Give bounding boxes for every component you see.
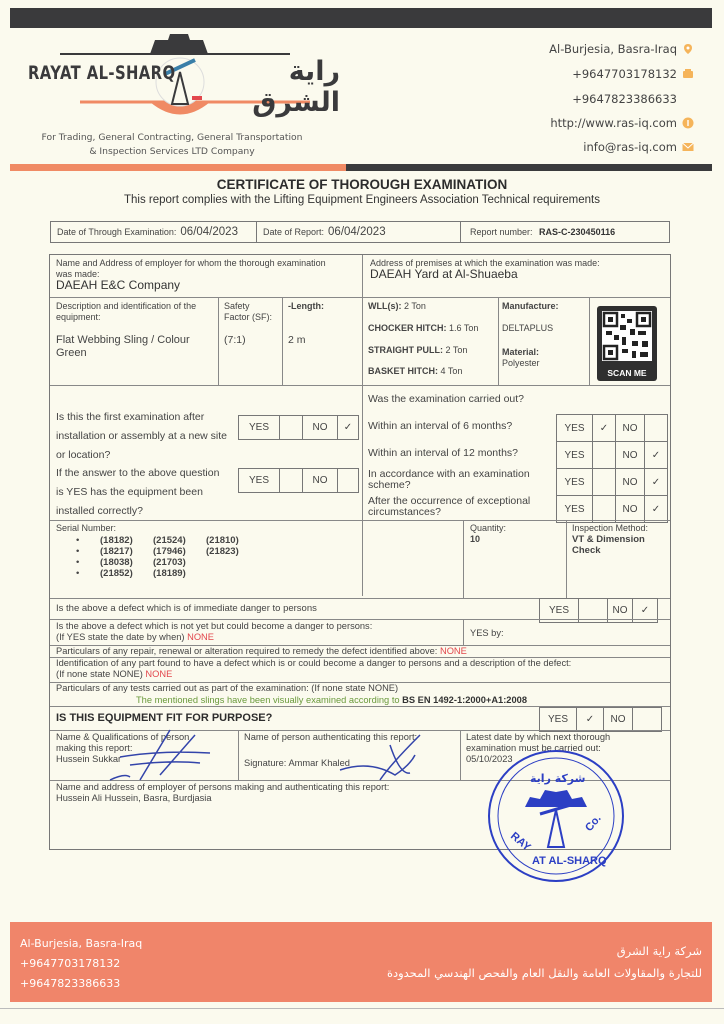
future-danger-question: Is the above a defect which is not yet b… xyxy=(56,621,372,643)
company-tagline: For Trading, General Contracting, Genera… xyxy=(22,131,322,159)
tests-value: The mentioned slings have been visually … xyxy=(136,695,527,706)
inspection-label: Inspection Method: xyxy=(572,523,648,534)
qr-code-icon xyxy=(602,311,652,361)
serial-number: (17946) xyxy=(153,546,206,557)
footer-contact: Al-Burjesia, Basra-Iraq +9647703178132 +… xyxy=(20,934,142,994)
yes-checkbox[interactable] xyxy=(280,469,303,493)
yes-checkbox[interactable] xyxy=(593,469,616,496)
serial-row: •(21852)(18189) xyxy=(76,568,259,579)
yes-checkbox[interactable] xyxy=(280,416,303,440)
inspection-value: VT & DimensionCheck xyxy=(572,534,645,556)
serial-row: •(18217)(17946)(21823) xyxy=(76,546,259,557)
length-value: 2 m xyxy=(288,335,306,346)
serial-number: (21524) xyxy=(153,535,206,546)
signature-authenticator-icon xyxy=(320,725,440,785)
contact-address: Al-Burjesia, Basra-Iraq xyxy=(549,42,694,56)
certificate-subtitle: This report complies with the Lifting Eq… xyxy=(0,194,724,206)
no-checkbox[interactable]: ✓ xyxy=(338,416,359,440)
no-checkbox[interactable]: ✓ xyxy=(645,442,668,469)
material-label: Material: xyxy=(502,347,539,358)
immediate-danger-question: Is the above a defect which is of immedi… xyxy=(56,603,317,614)
footer-banner: Al-Burjesia, Basra-Iraq +9647703178132 +… xyxy=(10,922,712,1002)
serial-number: (18217) xyxy=(100,546,153,557)
report-date-cell: Date of Report:06/04/2023 xyxy=(257,222,461,242)
carried-out-q3: In accordance with an examinationscheme? xyxy=(368,469,530,491)
quantity-label: Quantity: xyxy=(470,523,506,534)
yes-checkbox[interactable] xyxy=(593,496,616,523)
header-top-bar xyxy=(10,8,712,28)
serial-row: •(18038)(21703) xyxy=(76,557,259,568)
footer-address: Al-Burjesia, Basra-Iraq xyxy=(20,934,142,954)
contact-phone-1[interactable]: +9647703178132 xyxy=(572,67,694,81)
certificate-title: CERTIFICATE OF THOROUGH EXAMINATION xyxy=(0,177,724,192)
installed-correctly-question: If the answer to the above questionis YE… xyxy=(56,464,219,521)
tagline-line: For Trading, General Contracting, Genera… xyxy=(22,131,322,145)
globe-icon xyxy=(682,117,694,129)
no-label: NO xyxy=(303,416,338,440)
no-checkbox[interactable] xyxy=(645,415,668,442)
company-logo: RAYAT AL-SHARQ راية الشرق xyxy=(20,32,340,132)
no-checkbox[interactable] xyxy=(338,469,359,493)
carried-out-q4: After the occurrence of exceptionalcircu… xyxy=(368,496,530,518)
repair-particulars: Particulars of any repair, renewal or al… xyxy=(56,646,467,657)
yes-checkbox[interactable]: ✓ xyxy=(593,415,616,442)
straight-row: STRAIGHT PULL: 2 Ton xyxy=(368,345,467,356)
serial-number: (18182) xyxy=(100,535,153,546)
contact-website[interactable]: http://www.ras-iq.com xyxy=(550,116,694,130)
manufacture-label: Manufacture: xyxy=(502,301,559,312)
tagline-line: & Inspection Services LTD Company xyxy=(22,145,322,159)
svg-text:Co.: Co. xyxy=(583,813,604,834)
date-info-row: Date of Through Examination:06/04/2023 D… xyxy=(50,221,670,243)
bullet-icon: • xyxy=(76,568,100,579)
svg-text:RAY: RAY xyxy=(508,830,533,854)
report-date-value: 06/04/2023 xyxy=(328,226,386,238)
location-pin-icon xyxy=(682,43,694,55)
length-label: -Length: xyxy=(288,301,324,312)
premises-value: DAEAH Yard at Al-Shuaeba xyxy=(370,269,518,280)
exam-date-cell: Date of Through Examination:06/04/2023 xyxy=(51,222,257,242)
bullet-icon: • xyxy=(76,557,100,568)
carried-out-label: Was the examination carried out? xyxy=(368,394,524,405)
carried-out-q2: Within an interval of 12 months? xyxy=(368,448,518,459)
scan-me-label: SCAN ME xyxy=(597,368,657,378)
no-checkbox[interactable]: ✓ xyxy=(645,496,668,523)
next-exam-label: Latest date by which next thoroughexamin… xyxy=(466,732,610,754)
bullet-icon: • xyxy=(76,546,100,557)
no-label: NO xyxy=(303,469,338,493)
contact-email[interactable]: info@ras-iq.com xyxy=(583,140,694,154)
basket-row: BASKET HITCH: 4 Ton xyxy=(368,366,462,377)
divider-orange xyxy=(10,164,346,171)
serial-number: (18189) xyxy=(153,568,206,579)
bottom-rule xyxy=(0,1008,724,1009)
safety-factor-value: (7:1) xyxy=(224,335,246,346)
yes-by-label: YES by: xyxy=(470,628,504,639)
company-stamp: RAY AT AL-SHARQ Co. شركة راية xyxy=(488,750,624,882)
serial-number: (21823) xyxy=(206,546,259,557)
first-exam-question: Is this the first examination afterinsta… xyxy=(56,408,227,465)
choker-row: CHOCKER HITCH: 1.6 Ton xyxy=(368,323,478,334)
carried-out-q1: Within an interval of 6 months? xyxy=(368,421,512,432)
quantity-value: 10 xyxy=(470,534,480,545)
stamp-emblem-icon: RAY AT AL-SHARQ Co. شركة راية xyxy=(490,752,622,880)
serial-number: (21852) xyxy=(100,568,153,579)
material-value: Polyester xyxy=(502,358,540,369)
qr-code[interactable]: SCAN ME xyxy=(597,306,657,381)
first-exam-answer: YESNO✓ xyxy=(238,415,359,440)
footer-arabic-name: شركة راية الشرق للتجارة والمقاولات العام… xyxy=(387,940,702,984)
employer-label: Name and Address of employer for whom th… xyxy=(56,258,326,280)
serial-label: Serial Number: xyxy=(56,523,116,534)
yes-checkbox[interactable] xyxy=(593,442,616,469)
bullet-icon: • xyxy=(76,535,100,546)
installed-correctly-answer: YESNO xyxy=(238,468,359,493)
exam-date-value: 06/04/2023 xyxy=(180,226,238,238)
divider-dark xyxy=(346,164,712,171)
report-number-value: RAS-C-230450116 xyxy=(539,227,615,237)
svg-text:AT AL-SHARQ: AT AL-SHARQ xyxy=(532,855,607,867)
serial-number: (18038) xyxy=(100,557,153,568)
yes-label: YES xyxy=(239,416,280,440)
serial-number: (21810) xyxy=(206,535,259,546)
yes-checkbox[interactable]: ✓ xyxy=(577,708,604,732)
carried-out-answers: YES✓NO YESNO✓ YESNO✓ YESNO✓ xyxy=(556,414,668,523)
serial-list: •(18182)(21524)(21810)•(18217)(17946)(21… xyxy=(76,535,259,579)
no-checkbox[interactable] xyxy=(633,708,662,732)
logo-text-english: RAYAT AL-SHARQ xyxy=(28,62,175,84)
no-checkbox[interactable]: ✓ xyxy=(645,469,668,496)
logo-text-arabic: راية الشرق xyxy=(210,56,340,118)
equipment-desc-value: Flat Webbing Sling / ColourGreen xyxy=(56,334,190,360)
report-number-cell: Report number: RAS-C-230450116 xyxy=(461,222,669,242)
serial-row: •(18182)(21524)(21810) xyxy=(76,535,259,546)
safety-factor-label: SafetyFactor (SF): xyxy=(224,301,272,323)
contact-phone-2[interactable]: +9647823386633 xyxy=(572,92,677,106)
svg-text:شركة راية: شركة راية xyxy=(530,772,585,785)
employer-value: DAEAH E&C Company xyxy=(56,280,180,291)
manufacture-value: DELTAPLUS xyxy=(502,323,553,334)
serial-number: (21703) xyxy=(153,557,206,568)
yes-label: YES xyxy=(239,469,280,493)
employer-of-persons-value: Hussein Ali Hussein, Basra, Burdjasia xyxy=(56,793,212,804)
tests-particulars: Particulars of any tests carried out as … xyxy=(56,683,398,694)
mail-icon xyxy=(682,141,694,153)
defect-identification: Identification of any part found to have… xyxy=(56,658,571,680)
signature-maker-icon xyxy=(100,725,220,785)
wll-row: WLL(s): 2 Ton xyxy=(368,301,426,312)
equipment-desc-label: Description and identification of theequ… xyxy=(56,301,196,323)
fit-for-purpose-answer: YES✓NO xyxy=(539,707,662,732)
footer-phone-1: +9647703178132 xyxy=(20,954,142,974)
fit-for-purpose-question: IS THIS EQUIPMENT FIT FOR PURPOSE? xyxy=(56,713,272,724)
phone-icon xyxy=(682,68,694,80)
footer-phone-2: +9647823386633 xyxy=(20,974,142,994)
